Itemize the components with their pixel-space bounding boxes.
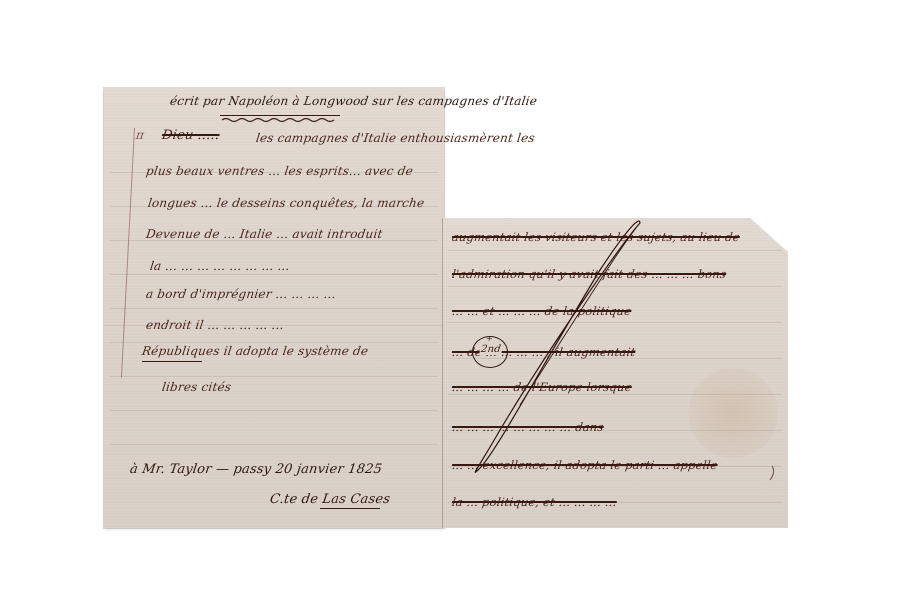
circled-word: 2nd: [479, 344, 502, 355]
word-underline: [142, 361, 202, 362]
manuscript-heading: écrit par Napoléon à Longwood sur les ca…: [169, 94, 538, 108]
manuscript-line: Devenue de ... Italie ... avait introdui…: [145, 227, 384, 241]
manuscript-line: les campagnes d'Italie enthousiasmèrent …: [255, 131, 536, 145]
ruled-line: [110, 274, 438, 275]
ruled-line: [110, 444, 438, 445]
manuscript-line-struck: la ... politique, et ... ... ... ...: [451, 495, 618, 509]
manuscript-line: a bord d'imprégnier ... ... ... ...: [145, 287, 337, 301]
ruled-line: [448, 286, 782, 287]
manuscript-line-struck: ... ... ... ... de l'Europe lorsque: [451, 380, 633, 394]
ruled-line: [110, 342, 438, 343]
manuscript-line: libres cités: [161, 380, 232, 394]
page-join-line: [442, 218, 443, 528]
manuscript-line: endroit il ... ... ... ... ...: [145, 318, 285, 332]
manuscript-line-struck: l'admiration qu'il y avait fait des ... …: [451, 267, 727, 281]
heading-underline: [220, 115, 340, 116]
manuscript-line: Dieu .....: [161, 128, 221, 143]
manuscript-line-struck: ... ... et ... ... ... de la politique: [451, 304, 632, 318]
ruled-line: [448, 322, 782, 323]
signature-underline: [320, 508, 380, 509]
margin-line: [121, 128, 135, 378]
ruled-line: [110, 308, 438, 309]
manuscript-line: Républiques il adopta le système de: [141, 344, 369, 358]
manuscript-line-struck: ... ... excellence, il adopta le parti .…: [451, 458, 719, 472]
manuscript-line: longues ... le desseins conquêtes, la ma…: [147, 196, 425, 210]
address-line: à Mr. Taylor — passy 20 janvier 1825: [129, 462, 383, 477]
ruled-line: [448, 250, 782, 251]
manuscript-line: la ... ... ... ... ... ... ... ...: [149, 259, 291, 273]
manuscript-line: plus beaux ventres ... les esprits... av…: [145, 164, 414, 178]
ruled-line: [110, 376, 438, 377]
age-stain: [688, 368, 778, 458]
right-manuscript-page: [442, 218, 788, 528]
manuscript-line-struck: ... ... ... ... ... ... ... ... dans: [451, 420, 605, 434]
signature: C.te de Las Cases: [269, 492, 391, 507]
ruled-line: [110, 410, 438, 411]
manuscript-line-struck: augmentait les visiteurs et les sujets, …: [451, 230, 741, 244]
circled-superscript: +: [485, 334, 493, 343]
